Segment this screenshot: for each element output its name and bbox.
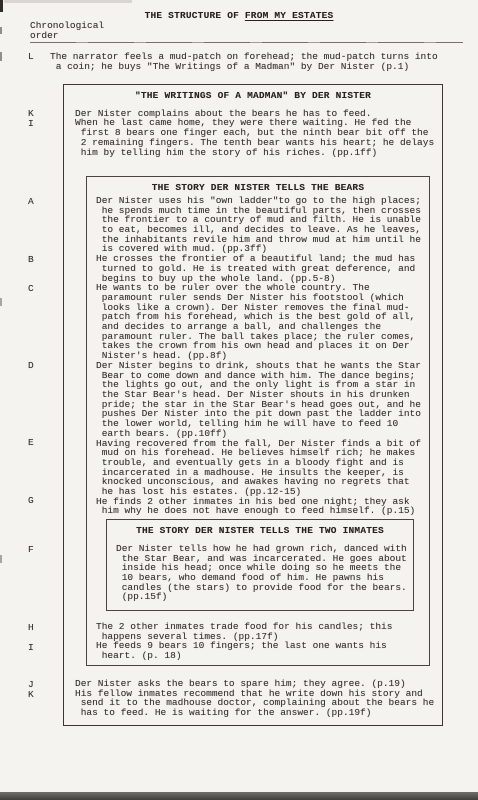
chronological-order-heading: Chronological order xyxy=(30,21,104,40)
entry-k-text: His fellow inmates recommend that he wri… xyxy=(75,689,438,718)
margin-label-i2: I xyxy=(28,643,34,653)
entry-d-text: Der Nister begins to drink, shouts that … xyxy=(96,361,424,439)
margin-label-a: A xyxy=(28,197,34,207)
bears-story-box: THE STORY DER NISTER TELLS THE BEARS Der… xyxy=(86,176,430,666)
inmates-story-box-title: THE STORY DER NISTER TELLS THE TWO INMAT… xyxy=(107,526,413,536)
margin-label-i: I xyxy=(28,119,34,129)
madman-book-box: "THE WRITINGS OF A MADMAN" BY DER NISTER… xyxy=(63,84,443,726)
scan-tick xyxy=(0,298,2,306)
margin-label-c: C xyxy=(28,284,34,294)
entry-f-text: Der Nister tells how he had grown rich, … xyxy=(116,544,407,602)
entry-i-text: He feeds 9 bears 10 fingers; the last on… xyxy=(96,641,424,660)
bears-story-box-title: THE STORY DER NISTER TELLS THE BEARS xyxy=(87,183,429,193)
scan-tick xyxy=(0,27,2,34)
entry-l-text: The narrator feels a mud-patch on forehe… xyxy=(50,52,438,71)
scan-smudge xyxy=(4,0,132,3)
ruled-line xyxy=(30,42,463,43)
margin-label-h: H xyxy=(28,623,34,633)
margin-label-b: B xyxy=(28,255,34,265)
scan-tick xyxy=(0,52,2,61)
margin-label-g: G xyxy=(28,496,34,506)
entry-b-text: He crosses the frontier of a beautiful l… xyxy=(96,254,424,283)
entry-a-text: Der Nister uses his "own ladder"to go to… xyxy=(96,196,424,254)
madman-book-box-title: "THE WRITINGS OF A MADMAN" BY DER NISTER xyxy=(64,91,442,101)
margin-label-e: E xyxy=(28,438,34,448)
page-title-prefix: THE STRUCTURE OF xyxy=(145,10,245,21)
margin-label-l: L xyxy=(28,52,34,62)
entry-e-text: Having recovered from the fall, Der Nist… xyxy=(96,439,424,497)
entry-g-text: He finds 2 other inmates in his bed one … xyxy=(96,497,424,516)
page-title-work-name: FROM MY ESTATES xyxy=(245,10,334,21)
entry-k-i-text: Der Nister complains about the bears he … xyxy=(75,109,434,158)
scan-edge-band xyxy=(0,792,478,800)
inmates-story-box: THE STORY DER NISTER TELLS THE TWO INMAT… xyxy=(106,519,414,611)
scanned-document-page: THE STRUCTURE OF FROM MY ESTATES Chronol… xyxy=(0,0,478,800)
entry-h-text: The 2 other inmates trade food for his c… xyxy=(96,622,424,641)
margin-label-d: D xyxy=(28,361,34,371)
margin-label-f: F xyxy=(28,545,34,555)
margin-label-k2: K xyxy=(28,690,34,700)
scan-tick xyxy=(0,555,2,563)
entry-c-text: He wants to be ruler over the whole coun… xyxy=(96,283,424,361)
